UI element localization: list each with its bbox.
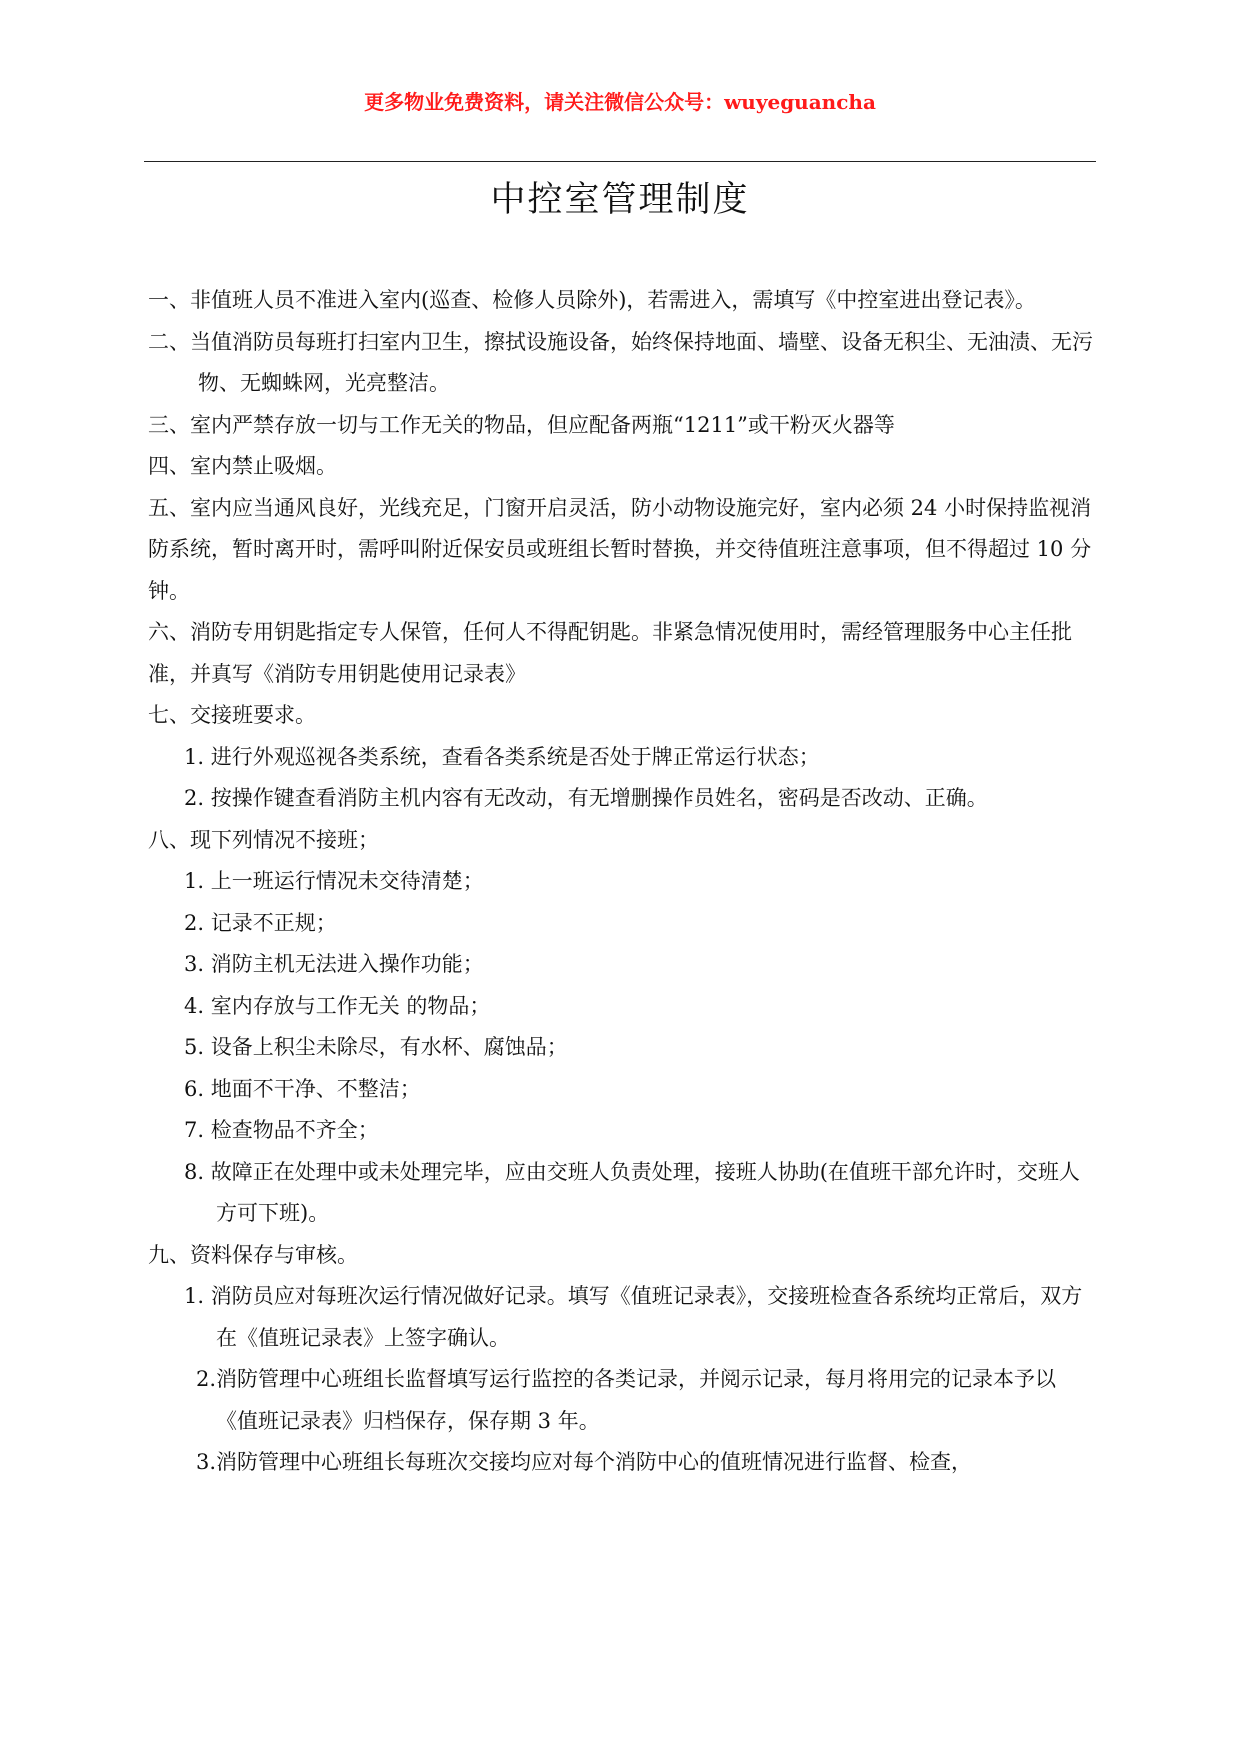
header-divider <box>144 161 1096 162</box>
clause-8-sub-1: 1. 上一班运行情况未交待清楚； <box>148 861 1098 903</box>
clause-3: 三、室内严禁存放一切与工作无关的物品，但应配备两瓶“1211”或干粉灭火器等 <box>148 405 1098 447</box>
clause-8-sub-5: 5. 设备上积尘未除尽，有水杯、腐蚀品； <box>148 1027 1098 1069</box>
document-body: 一、非值班人员不准进入室内(巡查、检修人员除外)，若需进入，需填写《中控室进出登… <box>148 280 1098 1484</box>
clause-8: 八、现下列情况不接班； <box>148 820 1098 862</box>
clause-8-sub-6: 6. 地面不干净、不整洁； <box>148 1069 1098 1111</box>
clause-7-sub-2: 2. 按操作键查看消防主机内容有无改动，有无增删操作员姓名，密码是否改动、正确。 <box>148 778 1098 820</box>
clause-7: 七、交接班要求。 <box>148 695 1098 737</box>
clause-8-sub-2: 2. 记录不正规； <box>148 903 1098 945</box>
clause-2: 二、当值消防员每班打扫室内卫生，擦拭设施设备，始终保持地面、墙壁、设备无积尘、无… <box>148 322 1098 405</box>
promo-banner: 更多物业免费资料，请关注微信公众号：wuyeguancha <box>0 86 1240 115</box>
clause-9-sub-1: 1. 消防员应对每班次运行情况做好记录。填写《值班记录表》，交接班检查各系统均正… <box>148 1276 1098 1359</box>
document-title: 中控室管理制度 <box>0 172 1240 222</box>
clause-6: 六、消防专用钥匙指定专人保管，任何人不得配钥匙。非紧急情况使用时，需经管理服务中… <box>148 612 1098 695</box>
clause-5: 五、室内应当通风良好，光线充足，门窗开启灵活，防小动物设施完好，室内必须 24 … <box>148 488 1098 613</box>
clause-7-sub-1: 1. 进行外观巡视各类系统，查看各类系统是否处于牌正常运行状态； <box>148 737 1098 779</box>
clause-9-sub-3: 3.消防管理中心班组长每班次交接均应对每个消防中心的值班情况进行监督、检查， <box>148 1442 1098 1484</box>
clause-4: 四、室内禁止吸烟。 <box>148 446 1098 488</box>
clause-8-sub-4: 4. 室内存放与工作无关 的物品； <box>148 986 1098 1028</box>
clause-8-sub-7: 7. 检查物品不齐全； <box>148 1110 1098 1152</box>
clause-8-sub-8: 8. 故障正在处理中或未处理完毕，应由交班人负责处理，接班人协助(在值班干部允许… <box>148 1152 1098 1235</box>
clause-9-sub-2: 2.消防管理中心班组长监督填写运行监控的各类记录，并阅示记录，每月将用完的记录本… <box>148 1359 1098 1442</box>
clause-9: 九、资料保存与审核。 <box>148 1235 1098 1277</box>
clause-1: 一、非值班人员不准进入室内(巡查、检修人员除外)，若需进入，需填写《中控室进出登… <box>148 280 1098 322</box>
clause-8-sub-3: 3. 消防主机无法进入操作功能； <box>148 944 1098 986</box>
